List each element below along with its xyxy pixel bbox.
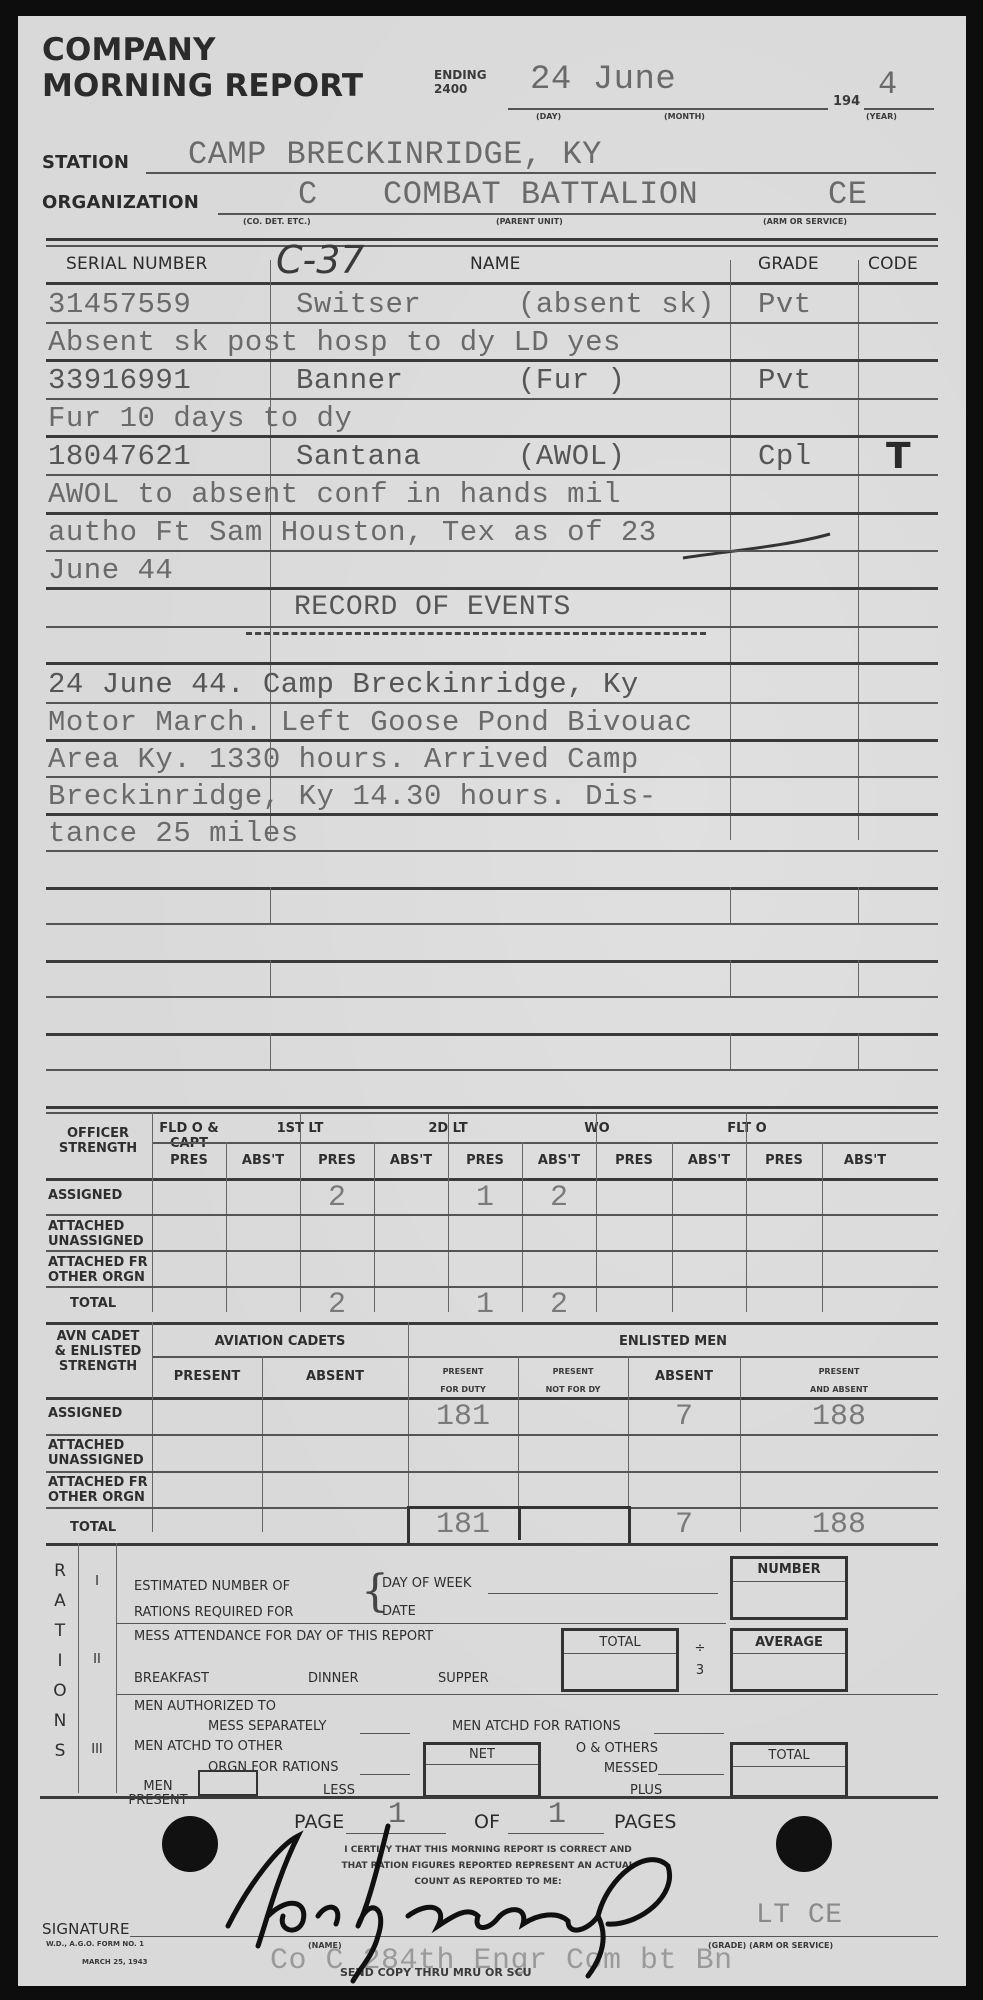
- event-line-2: Motor March. Left Goose Pond Bivouac: [48, 706, 693, 739]
- co-caption: (CO. DET. ETC.): [243, 217, 311, 226]
- row-label-assigned: ASSIGNED: [48, 1406, 122, 1421]
- box-rule: [426, 1764, 538, 1765]
- roster-rule: [46, 435, 938, 438]
- group-aviation-cadets: AVIATION CADETS: [152, 1334, 408, 1349]
- roster-name-1: Switser: [296, 288, 421, 321]
- group-flt-o: FLT O: [672, 1121, 822, 1136]
- letter: N: [48, 1706, 72, 1736]
- roster-serial-3: 18047621: [48, 440, 191, 473]
- dinner-label: DINNER: [308, 1671, 359, 1686]
- row-label-total: TOTAL: [70, 1520, 116, 1535]
- sub-abst: ABS'T: [672, 1153, 746, 1168]
- roster-remark-1: Absent sk post hosp to dy LD yes: [48, 326, 621, 359]
- form-date: MARCH 25, 1943: [82, 1958, 148, 1966]
- col-divider: [262, 1356, 263, 1532]
- date-underline: [508, 108, 828, 110]
- sub-abst: ABS'T: [522, 1153, 596, 1168]
- row-label-assigned: ASSIGNED: [48, 1188, 122, 1203]
- enlisted-assigned-present-absent: 188: [740, 1400, 938, 1434]
- station-underline: [146, 172, 936, 174]
- col-divider: [270, 960, 271, 996]
- title-line-2: MORNING REPORT: [42, 68, 363, 104]
- signature-label: SIGNATURE: [42, 1920, 130, 1938]
- men-authorized-label: MEN AUTHORIZED TO: [134, 1699, 276, 1714]
- enlisted-assigned-present-duty: 181: [408, 1400, 518, 1434]
- box-divider: [518, 1508, 521, 1540]
- roster-rule: [46, 850, 938, 852]
- box-rule: [733, 1581, 845, 1582]
- parent-caption: (PARENT UNIT): [496, 217, 563, 226]
- section-iii-numeral: III: [78, 1742, 116, 1757]
- roster-code-3: T: [886, 436, 911, 477]
- sub-abst: ABS'T: [374, 1153, 448, 1168]
- orgn-for-rations-field[interactable]: [360, 1774, 410, 1775]
- enlisted-total-present-duty: 181: [408, 1508, 518, 1542]
- officer-assigned-2dlt-pres: 1: [448, 1181, 522, 1215]
- box-rule: [564, 1653, 676, 1654]
- roster-rule: [46, 398, 938, 400]
- col-divider: [740, 1356, 741, 1532]
- section-rule: [116, 1694, 938, 1695]
- form-title: COMPANY MORNING REPORT: [42, 32, 363, 104]
- roster-status-2: (Fur ): [518, 364, 625, 397]
- organization-label: ORGANIZATION: [42, 192, 199, 213]
- rations-col-divider: [116, 1543, 117, 1793]
- col-divider: [596, 1112, 597, 1312]
- header-grade: GRADE: [758, 254, 819, 274]
- row-label-attached-fr-other: ATTACHED FR OTHER ORGN: [48, 1475, 148, 1505]
- group-header-rule: [152, 1142, 938, 1144]
- letter: R: [48, 1556, 72, 1586]
- mess-separately-field[interactable]: [360, 1733, 410, 1734]
- label-line: ESTIMATED NUMBER OF: [134, 1574, 293, 1600]
- station-label: STATION: [42, 152, 129, 173]
- col-present-for-duty: PRESENT FOR DUTY: [408, 1363, 518, 1399]
- number-box-label: NUMBER: [730, 1562, 848, 1577]
- day-of-week-field[interactable]: [488, 1593, 718, 1594]
- mess-total-label: TOTAL: [561, 1635, 679, 1650]
- col-divider: [730, 960, 731, 996]
- col-divider: [730, 1033, 731, 1069]
- blank-rule: [46, 996, 938, 998]
- title-line: & ENLISTED: [48, 1344, 148, 1359]
- roster-rule: [46, 550, 938, 552]
- arm-caption: (ARM OR SERVICE): [763, 217, 847, 226]
- org-company: C: [298, 176, 318, 213]
- col-present-and-absent: PRESENT AND ABSENT: [740, 1363, 938, 1399]
- month-caption: (MONTH): [664, 112, 705, 121]
- year-underline: [864, 108, 934, 110]
- label-line: O & OTHERS: [574, 1739, 658, 1759]
- handwritten-unit-note: C-37: [276, 238, 365, 282]
- event-line-5: tance 25 miles: [48, 817, 299, 850]
- year-caption: (YEAR): [866, 112, 897, 121]
- event-line-3: Area Ky. 1330 hours. Arrived Camp: [48, 743, 639, 776]
- roster-header-rule: [46, 282, 938, 285]
- blank-rule: [46, 1069, 938, 1071]
- label-line: MESSED: [574, 1759, 658, 1779]
- letter: O: [48, 1676, 72, 1706]
- col-divider: [858, 887, 859, 923]
- col-divider: [858, 1033, 859, 1069]
- col-divider: [858, 960, 859, 996]
- binder-hole-right: [776, 1816, 832, 1872]
- roster-name-3: Santana: [296, 440, 421, 473]
- roster-grade-3: Cpl: [758, 440, 812, 473]
- sub-abst: ABS'T: [822, 1153, 908, 1168]
- label-line: MEN: [118, 1780, 198, 1794]
- men-present-label: MEN PRESENT: [118, 1780, 198, 1808]
- organization-underline: [218, 213, 936, 215]
- roster-rule: [46, 702, 938, 704]
- ending-label: ENDING 2400: [434, 68, 487, 96]
- section-i-numeral: I: [78, 1574, 116, 1589]
- day-of-week-label: DAY OF WEEK: [382, 1576, 471, 1591]
- roster-top-rule-2: [46, 245, 938, 247]
- roster-grade-2: Pvt: [758, 364, 812, 397]
- col-present-not-for-duty: PRESENT NOT FOR DY: [518, 1363, 628, 1399]
- col-divider: [152, 1112, 153, 1312]
- roster-rule: [46, 739, 938, 742]
- col-enlisted-absent: ABSENT: [628, 1369, 740, 1384]
- supper-label: SUPPER: [438, 1671, 489, 1686]
- roster-remark-2: Fur 10 days to dy: [48, 402, 352, 435]
- sub-pres: PRES: [596, 1153, 672, 1168]
- mess-attendance-title: MESS ATTENDANCE FOR DAY OF THIS REPORT: [134, 1629, 433, 1644]
- col-divider: [270, 1033, 271, 1069]
- divide-by-three: ÷ 3: [680, 1638, 720, 1682]
- title-line-1: COMPANY: [42, 32, 363, 68]
- officer-assigned-1stlt-pres: 2: [300, 1181, 374, 1215]
- sub-pres: PRES: [300, 1153, 374, 1168]
- officer-assigned-2dlt-abst: 2: [522, 1181, 596, 1215]
- morning-report-form: COMPANY MORNING REPORT ENDING 2400 24 Ju…: [18, 16, 966, 1986]
- officer-table-top-rule-2: [46, 1112, 938, 1114]
- roster-serial-1: 31457559: [48, 288, 191, 321]
- average-label: AVERAGE: [730, 1635, 848, 1650]
- org-parent-unit: COMBAT BATTALION: [383, 176, 698, 213]
- roster-remark-5: June 44: [48, 554, 173, 587]
- roster-status-3: (AWOL): [518, 440, 625, 473]
- year-digit: 4: [878, 66, 898, 103]
- officer-table-bottom-rule: [46, 1322, 938, 1325]
- officer-strength-title: OFFICER STRENGTH: [48, 1126, 148, 1156]
- roster-rule: [46, 359, 938, 362]
- others-messed-field[interactable]: [658, 1774, 724, 1775]
- col-line: PRESENT: [740, 1363, 938, 1381]
- roster-rule: [46, 776, 938, 778]
- heading-dashed-underline: [246, 632, 706, 635]
- letter: T: [48, 1616, 72, 1646]
- roster-rule: [46, 626, 938, 628]
- section-i-label: ESTIMATED NUMBER OF RATIONS REQUIRED FOR: [134, 1574, 293, 1626]
- row-label-total: TOTAL: [70, 1296, 116, 1311]
- enlisted-total-present-absent: 188: [740, 1508, 938, 1542]
- col-divider: [730, 887, 731, 923]
- row-label-attached-fr-other: ATTACHED FR OTHER ORGN: [48, 1255, 148, 1285]
- event-line-4: Breckinridge, Ky 14.30 hours. Dis-: [48, 780, 657, 813]
- roster-name-2: Banner: [296, 364, 403, 397]
- officer-table-top-rule: [46, 1106, 938, 1109]
- title-line: OFFICER: [48, 1126, 148, 1141]
- sub-abst: ABS'T: [226, 1153, 300, 1168]
- ending-text: ENDING: [434, 68, 487, 82]
- men-atchd-for-rations-label: MEN ATCHD FOR RATIONS: [452, 1719, 621, 1734]
- col-line: PRESENT: [518, 1363, 628, 1381]
- row-rule: [46, 1434, 938, 1436]
- row-rule: [46, 1250, 938, 1252]
- enlisted-table-bottom-rule: [46, 1543, 938, 1546]
- station-value: CAMP BRECKINRIDGE, KY: [188, 136, 602, 173]
- record-of-events-heading: RECORD OF EVENTS: [294, 592, 571, 623]
- section-rule: [116, 1623, 726, 1624]
- org-arm: CE: [828, 176, 867, 213]
- sub-pres: PRES: [152, 1153, 226, 1168]
- roster-top-rule: [46, 238, 938, 241]
- header-serial-number: SERIAL NUMBER: [66, 254, 208, 274]
- col-divider: [270, 887, 271, 923]
- date-label: DATE: [382, 1604, 416, 1619]
- letter: I: [48, 1646, 72, 1676]
- col-cadet-absent: ABSENT: [262, 1369, 408, 1384]
- sub-pres: PRES: [746, 1153, 822, 1168]
- roster-rule: [46, 474, 938, 476]
- blank-rule: [46, 923, 938, 925]
- title-line: STRENGTH: [48, 1359, 148, 1374]
- blank-rule: [46, 1033, 938, 1036]
- men-atchd-other-label: MEN ATCHD TO OTHER: [134, 1739, 283, 1754]
- roster-status-1: (absent sk): [518, 288, 715, 321]
- event-line-1: 24 June 44. Camp Breckinridge, Ky: [48, 668, 639, 701]
- mess-separately-label: MESS SEPARATELY: [208, 1719, 326, 1734]
- group-wo: WO: [522, 1121, 672, 1136]
- others-messed-label: O & OTHERS MESSED: [574, 1739, 658, 1779]
- sub-pres: PRES: [448, 1153, 522, 1168]
- signer-grade-typed: LT CE: [756, 1900, 843, 1931]
- roster-remark-4: autho Ft Sam Houston, Tex as of 23: [48, 516, 657, 549]
- col-cadet-present: PRESENT: [152, 1369, 262, 1384]
- blank-rule: [46, 960, 938, 963]
- group-enlisted-men: ENLISTED MEN: [408, 1334, 938, 1349]
- rations-total-label: TOTAL: [730, 1748, 848, 1763]
- group-header-rule: [152, 1356, 938, 1358]
- roster-serial-2: 33916991: [48, 364, 191, 397]
- men-present-box[interactable]: [198, 1770, 258, 1796]
- blank-rule: [46, 887, 938, 890]
- officer-total-1stlt-pres: 2: [300, 1288, 374, 1322]
- net-label: NET: [423, 1747, 541, 1762]
- breakfast-label: BREAKFAST: [134, 1671, 209, 1686]
- row-rule: [46, 1214, 938, 1216]
- title-line: AVN CADET: [48, 1329, 148, 1344]
- roster-rule: [46, 587, 938, 590]
- letter: A: [48, 1586, 72, 1616]
- col-line: PRESENT: [408, 1363, 518, 1381]
- officer-total-2dlt-pres: 1: [448, 1288, 522, 1322]
- report-date: 24 June: [530, 61, 676, 99]
- handwritten-underline-mark: [678, 526, 838, 566]
- handwritten-signature: [208, 1806, 708, 1986]
- box-rule: [733, 1766, 845, 1767]
- enlisted-assigned-absent: 7: [628, 1400, 740, 1434]
- col-divider: [152, 1322, 153, 1532]
- row-label-attached-unassigned: ATTACHED UNASSIGNED: [48, 1219, 148, 1249]
- men-atchd-for-rations-field[interactable]: [654, 1733, 724, 1734]
- row-label-attached-unassigned: ATTACHED UNASSIGNED: [48, 1438, 148, 1468]
- enlisted-total-absent: 7: [628, 1508, 740, 1542]
- ending-time: 2400: [434, 82, 487, 96]
- group-fld-o-capt: FLD O & CAPT: [152, 1121, 226, 1151]
- letter: S: [48, 1736, 72, 1766]
- roster-rule: [46, 662, 938, 665]
- divisor: 3: [680, 1660, 720, 1682]
- form-number: W.D., A.G.O. FORM NO. 1: [46, 1940, 144, 1948]
- title-line: STRENGTH: [48, 1141, 148, 1156]
- roster-rule: [46, 512, 938, 515]
- year-prefix: 194: [833, 94, 860, 109]
- rations-bottom-rule: [40, 1796, 938, 1799]
- row-rule: [46, 1471, 938, 1473]
- roster-remark-3: AWOL to absent conf in hands mil: [48, 478, 621, 511]
- rations-side-label: R A T I O N S: [48, 1556, 72, 1766]
- col-divider: [746, 1112, 747, 1312]
- roster-grade-1: Pvt: [758, 288, 812, 321]
- roster-rule: [46, 322, 938, 324]
- roster-rule: [46, 813, 938, 816]
- header-name: NAME: [470, 254, 521, 274]
- section-ii-numeral: II: [78, 1652, 116, 1667]
- divide-icon: ÷: [680, 1638, 720, 1660]
- day-caption: (DAY): [536, 112, 561, 121]
- header-code: CODE: [868, 254, 918, 274]
- officer-total-2dlt-abst: 2: [522, 1288, 596, 1322]
- box-rule: [733, 1653, 845, 1654]
- enlisted-strength-title: AVN CADET & ENLISTED STRENGTH: [48, 1329, 148, 1374]
